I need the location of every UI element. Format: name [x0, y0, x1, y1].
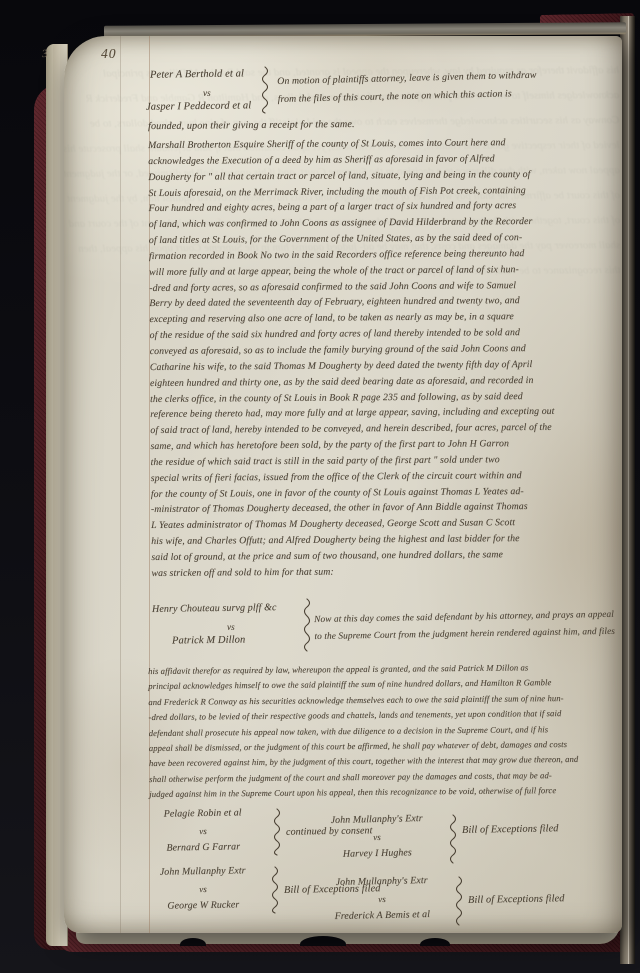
case-brace-icon: [260, 66, 270, 114]
case5-parties: John Mullanphy Extr vs George W Rucker: [138, 863, 269, 916]
court-record-book-photo: 3 his affidavit therefor as required by …: [0, 0, 640, 973]
deckle-notch: [420, 938, 450, 946]
deckle-notch: [300, 936, 346, 946]
case6-plaintiff: John Mullanphy's Extr: [336, 875, 428, 888]
ledger-page: his affidavit therefor as required by la…: [64, 36, 622, 933]
case-brace-icon: [272, 808, 282, 856]
gutter-page-edge: [620, 16, 635, 964]
case6-defendant: Frederick A Bemis et al: [335, 909, 431, 922]
case2-vs: vs: [227, 622, 235, 632]
case1-plaintiff: Peter A Berthold et al: [150, 68, 244, 80]
case1-order-continuation: founded, upon their giving a receipt for…: [148, 119, 355, 132]
case3-parties: Pelagie Robin et al vs Bernard G Farrar: [138, 805, 269, 858]
case1-defendant: Jasper I Peddecord et al: [146, 100, 251, 112]
sheriff-deed-entry: Marshall Brotherton Esquire Sheriff of t…: [148, 135, 556, 582]
case4-parties: John Mullanphy's Extr vs Harvey I Hughes: [311, 811, 442, 864]
appeal-bond-entry: his affidavit therefor as required by la…: [148, 660, 579, 803]
case-brace-icon: [454, 876, 464, 926]
case1-vs: vs: [203, 88, 211, 98]
deckle-notch: [180, 938, 206, 946]
case5-plaintiff: John Mullanphy Extr: [160, 865, 246, 877]
case4-note: Bill of Exceptions filed: [462, 823, 559, 836]
case6-parties: John Mullanphy's Extr vs Frederick A Bem…: [311, 873, 452, 926]
case5-vs: vs: [199, 883, 207, 893]
case6-note: Bill of Exceptions filed: [468, 893, 565, 906]
case4-vs: vs: [373, 831, 381, 841]
case3-plaintiff: Pelagie Robin et al: [164, 807, 242, 819]
case2-plaintiff: Henry Chouteau survg plff &c: [152, 602, 277, 615]
case-brace-icon: [302, 598, 312, 652]
case2-order-text: Now at this day comes the said defendant…: [314, 607, 615, 646]
case-brace-icon: [448, 814, 458, 864]
case3-defendant: Bernard G Farrar: [166, 841, 240, 853]
folio-number: 40: [101, 46, 117, 62]
case2-defendant: Patrick M Dillon: [172, 634, 245, 646]
case1-order-text: On motion of plaintiffs attorney, leave …: [277, 67, 537, 108]
case3-vs: vs: [199, 825, 207, 835]
page-crease: [120, 36, 121, 933]
case4-defendant: Harvey I Hughes: [343, 847, 412, 859]
case6-vs: vs: [378, 893, 386, 903]
case4-plaintiff: John Mullanphy's Extr: [331, 813, 423, 826]
case-brace-icon: [270, 866, 280, 914]
edge-mark: 3: [41, 48, 48, 61]
case5-defendant: George W Rucker: [167, 899, 239, 911]
